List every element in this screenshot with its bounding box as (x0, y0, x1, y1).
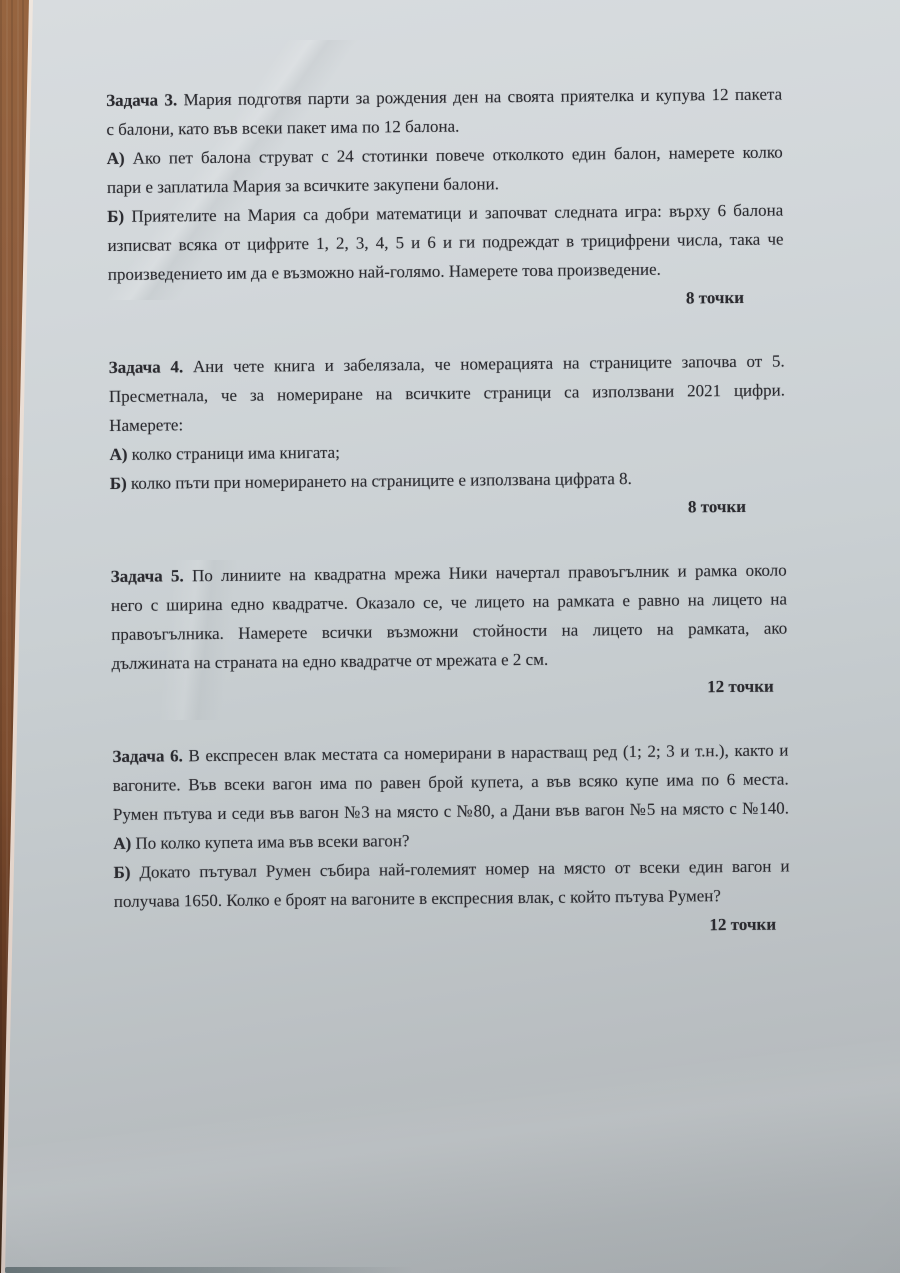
task-number: Задача 6. (112, 746, 183, 766)
task-text: него с ширина едно квадратче. Оказало се… (111, 589, 787, 614)
table-shadow (5, 1267, 435, 1273)
task-text: По колко купета има във всеки вагон? (131, 831, 409, 853)
task-text: дължината на страната на едно квадратче … (111, 650, 548, 673)
task-text: Докато пътувал Румен събира най-големият… (130, 856, 789, 881)
subitem-letter: А) (109, 445, 127, 464)
task-text: произведението им да е възможно най-голя… (108, 260, 661, 284)
task-text: Ани чете книга и забелязала, че номераци… (183, 351, 785, 376)
task-text: Мария подготвя парти за рождения ден на … (177, 85, 782, 110)
task-text: вагоните. Във всеки вагон има по равен б… (113, 769, 789, 794)
task-text: колко пъти при номерирането на страницит… (127, 469, 632, 493)
task-text: пари е заплатила Мария за всичките закуп… (107, 174, 499, 197)
subitem-letter: Б) (107, 207, 124, 226)
task-number: Задача 3. (106, 90, 177, 110)
task-text: с балони, като във всеки пакет има по 12… (106, 117, 459, 139)
task-3-block: Задача 3. Мария подготвя парти за рожден… (106, 80, 784, 318)
task-text: Пресметнала, че за номериране на всичкит… (109, 380, 785, 405)
task-6-block: Задача 6. В експресен влак местата са но… (112, 735, 790, 944)
task-4-block: Задача 4. Ани чете книга и забелязала, ч… (109, 346, 787, 526)
task-text: Намерете: (109, 415, 183, 435)
subitem-letter: А) (107, 149, 125, 168)
task-text: колко страници има книгата; (127, 443, 340, 464)
task-number: Задача 5. (111, 566, 184, 586)
task-text: изписват всяка от цифрите 1, 2, 3, 4, 5 … (107, 230, 783, 255)
task-number: Задача 4. (109, 357, 184, 377)
task-text: Приятелите на Мария са добри математици … (124, 201, 783, 226)
task-text: правоъгълника. Намерете всички възможни … (111, 618, 787, 643)
photo-of-exam-sheet: Задача 3. Мария подготвя парти за рожден… (0, 0, 900, 1273)
task-text: По линиите на квадратна мрежа Ники начер… (184, 560, 787, 585)
task-5-block: Задача 5. По линиите на квадратна мрежа … (111, 555, 788, 706)
task-text: Румен пътува и седи във вагон №3 на мяст… (113, 798, 789, 823)
exam-text-block: Задача 3. Мария подготвя парти за рожден… (106, 80, 791, 980)
subitem-letter: Б) (113, 863, 130, 882)
subitem-letter: А) (113, 834, 131, 853)
subitem-letter: Б) (110, 474, 127, 493)
task-text: Ако пет балона струват с 24 стотинки пов… (125, 143, 783, 168)
task-text: В експресен влак местата са номерирани в… (183, 740, 789, 765)
task-text: получава 1650. Колко е броят на вагоните… (114, 886, 721, 911)
